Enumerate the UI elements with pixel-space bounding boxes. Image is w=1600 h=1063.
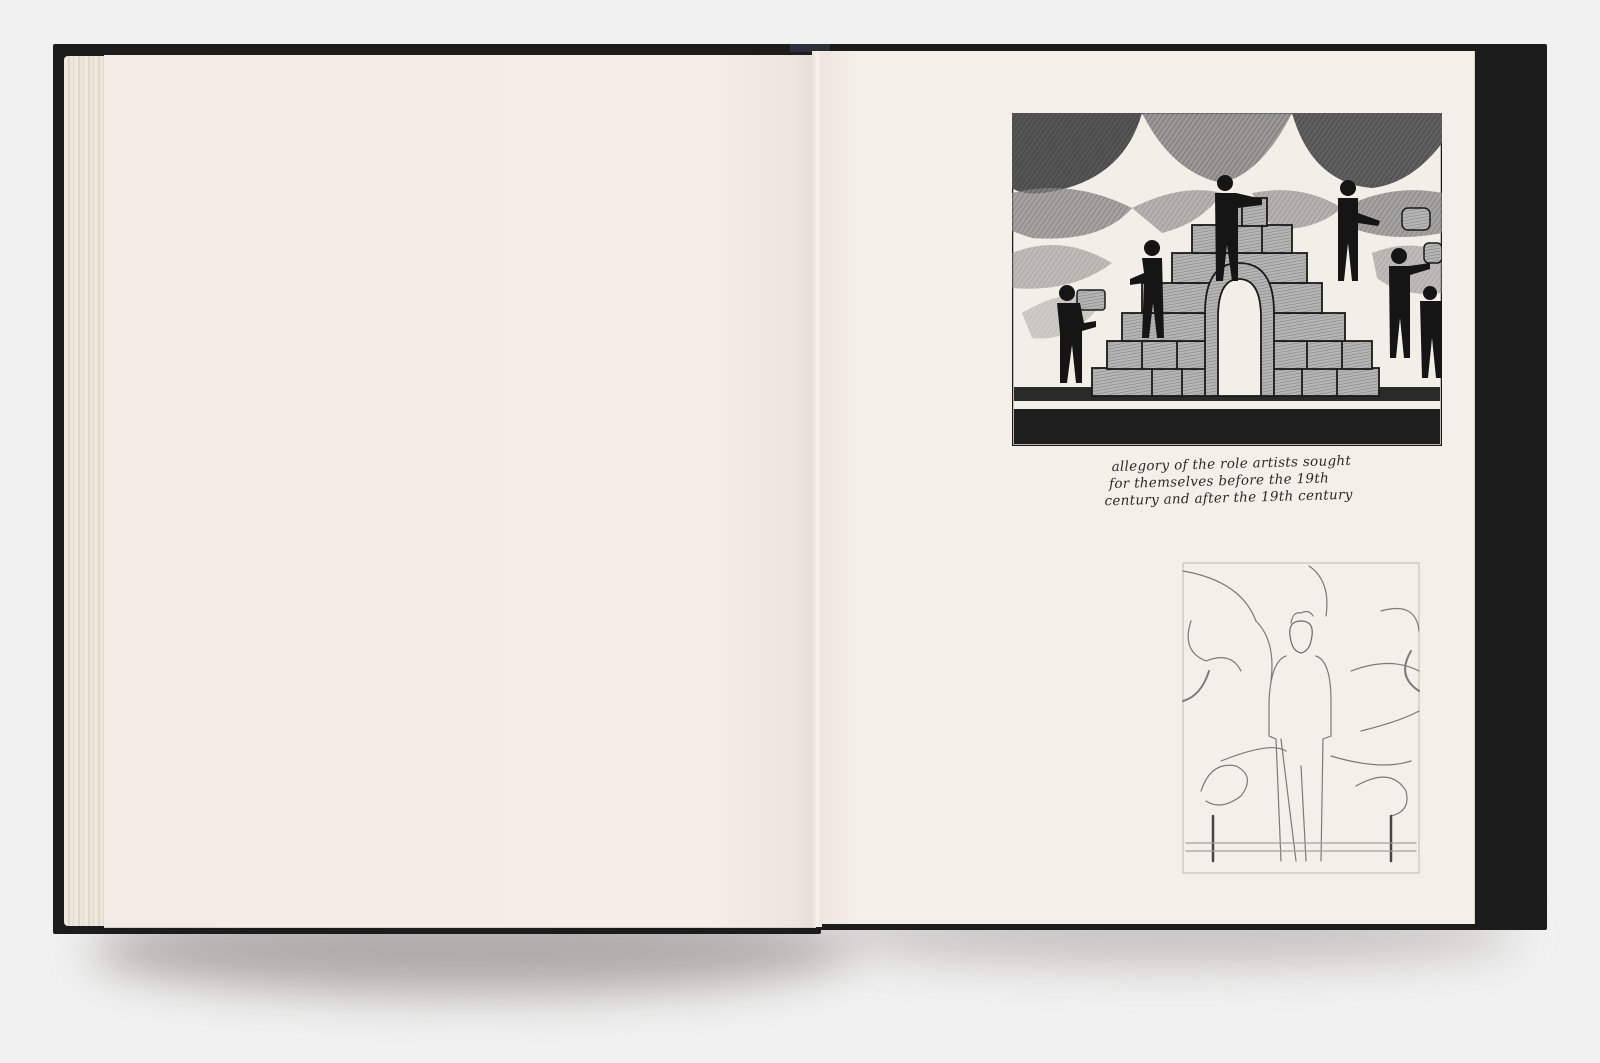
- open-book: allegory of the role artists sought for …: [0, 0, 1600, 1063]
- left-page: [104, 55, 816, 928]
- artwork-caption: allegory of the role artists sought for …: [1103, 451, 1434, 511]
- book-gutter: [812, 51, 822, 927]
- pencil-sketch: [1181, 561, 1421, 875]
- lithograph-artwork: [1012, 113, 1442, 446]
- page-stack-edges: [64, 56, 106, 926]
